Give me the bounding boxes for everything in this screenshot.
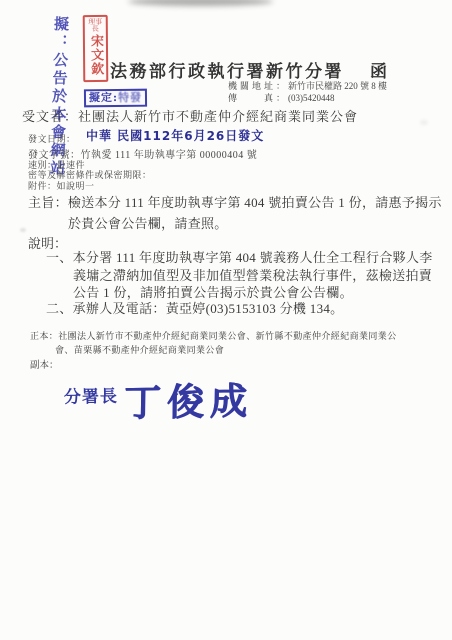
- attachment-line: 附件：如說明一: [28, 179, 95, 192]
- chairman-stamp-title: 理事長: [88, 19, 102, 33]
- issue-date-label: 發文日期：: [28, 132, 76, 145]
- signature-block: 分署長丁俊成: [64, 370, 254, 427]
- doc-number-value: 竹執愛 111 年助執專字第 00000404 號: [81, 150, 258, 161]
- carbon-copy-label: 副本：: [30, 357, 59, 371]
- agency-title: 法務部行政執行署新竹分署: [110, 62, 344, 81]
- scan-noise: [420, 120, 428, 125]
- agency-contact-block: 機關地址：新竹市民權路 220 號 8 樓 傳 真：(03)5420448: [228, 80, 387, 104]
- item-2-text: 承辦人及電話：黃亞婷(03)5153103 分機 134。: [73, 301, 344, 316]
- signature-title: 分署長: [64, 387, 118, 408]
- original-label: 正本：: [30, 331, 58, 341]
- original-recipients: 社團法人新竹市不動產仲介經紀商業同業公會、新竹縣不動產仲介經紀商業同業公會、苗栗…: [55, 331, 397, 355]
- item-2-number: 二、: [46, 301, 73, 316]
- approval-blue-stamp: 擬定:特發: [84, 89, 147, 108]
- recipient-label: 受文者：: [22, 109, 78, 124]
- doc-type: 函: [370, 62, 387, 81]
- fax-value: (03)5420448: [288, 93, 335, 103]
- scan-noise: [20, 228, 26, 232]
- recipient-line: 受文者：社團法人新竹市不動產仲介經紀商業同業公會: [22, 106, 358, 125]
- signature-name-stamp: 丁俊成: [124, 370, 254, 426]
- address-value: 新竹市民權路 220 號 8 樓: [288, 81, 387, 91]
- item-1-text: 本分署 111 年度助執專字第 404 號義務人仕全工程行合夥人李義墉之滯納加值…: [73, 250, 433, 300]
- address-label: 機關地址：: [228, 80, 288, 92]
- chairman-red-stamp: 理事長 宋文欽: [83, 15, 109, 82]
- original-copy-line: 正本：社團法人新竹市不動產仲介經紀商業同業公會、新竹縣不動產仲介經紀商業同業公會…: [30, 330, 413, 357]
- scanned-letter-page: 擬：公告於本會網站 理事長 宋文欽 法務部行政執行署新竹分署函 機關地址：新竹市…: [0, 0, 452, 640]
- subject-paragraph: 主旨：檢送本分 111 年度助執專字第 404 號拍賣公告 1 份，請惠予揭示於…: [28, 192, 446, 234]
- recipient-value: 社團法人新竹市不動產仲介經紀商業同業公會: [78, 109, 358, 124]
- chairman-stamp-name: 宋文欽: [86, 34, 105, 76]
- approval-stamp-text-blurred: 特發: [118, 91, 142, 104]
- subject-text: 檢送本分 111 年度助執專字第 404 號拍賣公告 1 份，請惠予揭示於貴公會…: [68, 195, 442, 231]
- item-1-number: 一、: [46, 250, 73, 265]
- subject-label: 主旨：: [28, 195, 68, 210]
- approval-stamp-text: 擬定:: [89, 91, 118, 104]
- fax-label: 傳 真：: [228, 92, 288, 104]
- attachment-value: 如說明一: [57, 181, 95, 191]
- description-item-2: 二、承辦人及電話：黃亞婷(03)5153103 分機 134。: [46, 300, 441, 318]
- attachment-label: 附件：: [28, 181, 57, 191]
- letterhead: 法務部行政執行署新竹分署函: [110, 57, 387, 82]
- issue-date-stamp: 中華 民國112年6月26日發文: [86, 127, 264, 145]
- scan-smudge: [128, 0, 273, 6]
- description-item-1: 一、本分署 111 年度助執專字第 404 號義務人仕全工程行合夥人李義墉之滯納…: [46, 249, 441, 302]
